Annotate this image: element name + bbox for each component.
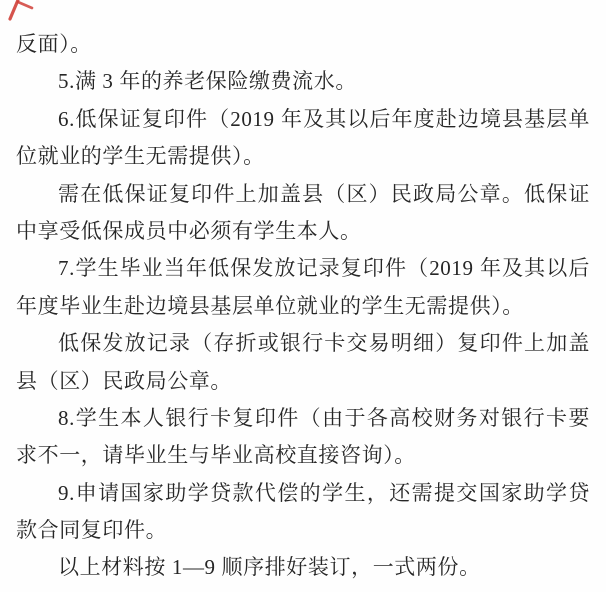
document-line: 县（区）民政局公章。 bbox=[16, 363, 590, 400]
document-line: 7.学生毕业当年低保发放记录复印件（2019 年及其以后 bbox=[16, 250, 590, 287]
document-line: 需在低保证复印件上加盖县（区）民政局公章。低保证 bbox=[16, 176, 590, 213]
document-line: 低保发放记录（存折或银行卡交易明细）复印件上加盖 bbox=[16, 325, 590, 362]
document-line: 求不一，请毕业生与毕业高校直接咨询）。 bbox=[16, 437, 590, 474]
document-line: 反面）。 bbox=[16, 26, 590, 63]
document-line: 款合同复印件。 bbox=[16, 512, 590, 549]
document-line: 中享受低保成员中必须有学生本人。 bbox=[16, 213, 590, 250]
document-line: 8.学生本人银行卡复印件（由于各高校财务对银行卡要 bbox=[16, 400, 590, 437]
document-line: 5.满 3 年的养老保险缴费流水。 bbox=[16, 63, 590, 100]
document-line: 年度毕业生赴边境县基层单位就业的学生无需提供）。 bbox=[16, 288, 590, 325]
document-line: 以上材料按 1—9 顺序排好装订，一式两份。 bbox=[16, 549, 590, 586]
document-line: 位就业的学生无需提供）。 bbox=[16, 138, 590, 175]
document-line: 9.申请国家助学贷款代偿的学生，还需提交国家助学贷 bbox=[16, 475, 590, 512]
document-line: 6.低保证复印件（2019 年及其以后年度赴边境县基层单 bbox=[16, 101, 590, 138]
document-page: 反面）。 5.满 3 年的养老保险缴费流水。 6.低保证复印件（2019 年及其… bbox=[0, 0, 606, 592]
red-stamp-fragment-icon bbox=[6, 0, 34, 23]
